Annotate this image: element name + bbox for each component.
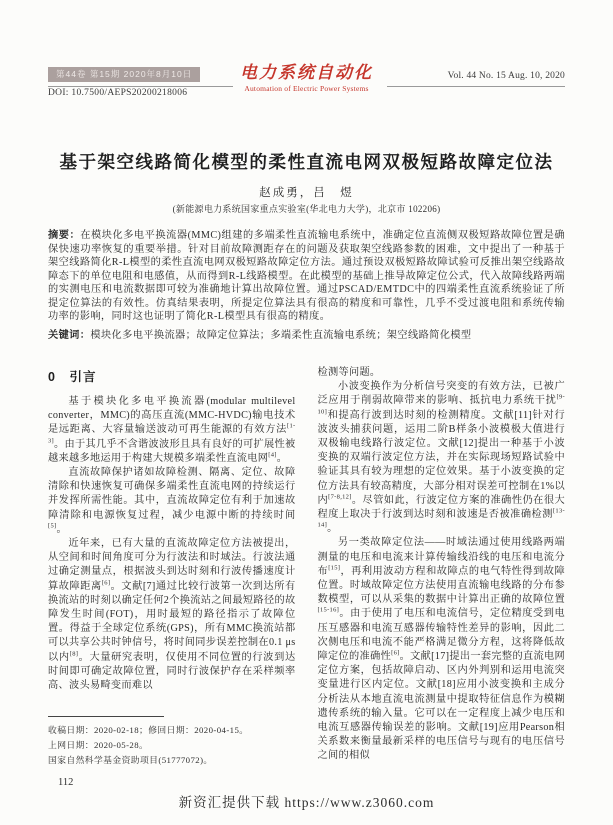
citation-superscript: [13-14] bbox=[318, 508, 566, 529]
authors: 赵成勇，吕 煜 bbox=[0, 184, 613, 200]
footnote-online-date: 上网日期：2020-05-28。 bbox=[48, 738, 303, 753]
right-column: 检测等问题。 小波变换作为分析信号突变的有效方法，已被广泛应用于削弱故障带来的影… bbox=[318, 366, 566, 764]
citation-superscript: [15] bbox=[328, 564, 340, 571]
paper-page: 第44卷 第15期 2020年8月10日 DOI: 10.7500/AEPS20… bbox=[0, 0, 613, 825]
abstract-text: 在模块化多电平换流器(MMC)组建的多端柔性直流输电系统中，准确定位直流侧双极短… bbox=[48, 230, 565, 322]
citation-superscript: [8] bbox=[70, 650, 78, 657]
section-heading-introduction: 0 引言 bbox=[48, 367, 296, 385]
body-paragraph: 基于模块化多电平换流器(modular multilevel converter… bbox=[48, 395, 296, 466]
left-column: 0 引言 基于模块化多电平换流器(modular multilevel conv… bbox=[48, 366, 296, 764]
footnote-funding: 国家自然科学基金资助项目(51777072)。 bbox=[48, 753, 303, 768]
footnote-block: 收稿日期：2020-02-18；修回日期：2020-04-15。 上网日期：20… bbox=[48, 716, 303, 768]
footnote-rule bbox=[48, 716, 164, 717]
citation-superscript: [6] bbox=[391, 650, 399, 657]
download-watermark: 新资汇提供下载 https://www.z3060.com bbox=[0, 791, 613, 811]
page-number: 112 bbox=[58, 777, 73, 788]
volume-info: Vol. 44 No. 15 Aug. 10, 2020 bbox=[448, 71, 565, 81]
citation-superscript: [7-8,12] bbox=[328, 493, 352, 500]
abstract-paragraph: 摘要：在模块化多电平换流器(MMC)组建的多端柔性直流输电系统中，准确定位直流侧… bbox=[48, 229, 565, 324]
body-columns: 0 引言 基于模块化多电平换流器(modular multilevel conv… bbox=[48, 366, 565, 764]
citation-superscript: [6] bbox=[102, 579, 110, 586]
body-paragraph: 小波变换作为分析信号突变的有效方法，已被广泛应用于削弱故障带来的影响、抵抗电力系… bbox=[318, 380, 566, 536]
journal-name-english: Automation of Electric Power Systems bbox=[0, 84, 613, 94]
citation-superscript: [5] bbox=[48, 522, 56, 529]
abstract-label: 摘要： bbox=[48, 230, 80, 241]
citation-superscript: [9-10] bbox=[318, 394, 566, 415]
footnote-received-date: 收稿日期：2020-02-18；修回日期：2020-04-15。 bbox=[48, 723, 303, 738]
body-paragraph: 直流故障保护诸如故障检测、隔离、定位、故障清除和快速恢复可确保多端柔性直流电网的… bbox=[48, 466, 296, 537]
keywords-line: 关键词：模块化多电平换流器；故障定位算法；多端柔性直流输电系统；架空线路简化模型 bbox=[48, 329, 565, 343]
paper-title: 基于架空线路简化模型的柔性直流电网双极短路故障定位法 bbox=[0, 149, 613, 174]
body-paragraph: 另一类故障定位法——时域法通过使用线路两端测量的电压和电流来计算传输线沿线的电压… bbox=[318, 536, 566, 763]
keywords-label: 关键词： bbox=[48, 330, 90, 341]
keywords-text: 模块化多电平换流器；故障定位算法；多端柔性直流输电系统；架空线路简化模型 bbox=[90, 330, 471, 341]
abstract-block: 摘要：在模块化多电平换流器(MMC)组建的多端柔性直流输电系统中，准确定位直流侧… bbox=[48, 229, 565, 342]
citation-superscript: [1-3] bbox=[48, 423, 296, 444]
citation-superscript: [4] bbox=[268, 451, 276, 458]
body-paragraph: 检测等问题。 bbox=[318, 366, 566, 380]
body-paragraph: 近年来，已有大量的直流故障定位方法被提出，从空间和时间角度可分为行波法和时域法。… bbox=[48, 537, 296, 693]
citation-superscript: [15-16] bbox=[318, 607, 340, 614]
affiliation: (新能源电力系统国家重点实验室(华北电力大学)，北京市 102206) bbox=[0, 202, 613, 215]
